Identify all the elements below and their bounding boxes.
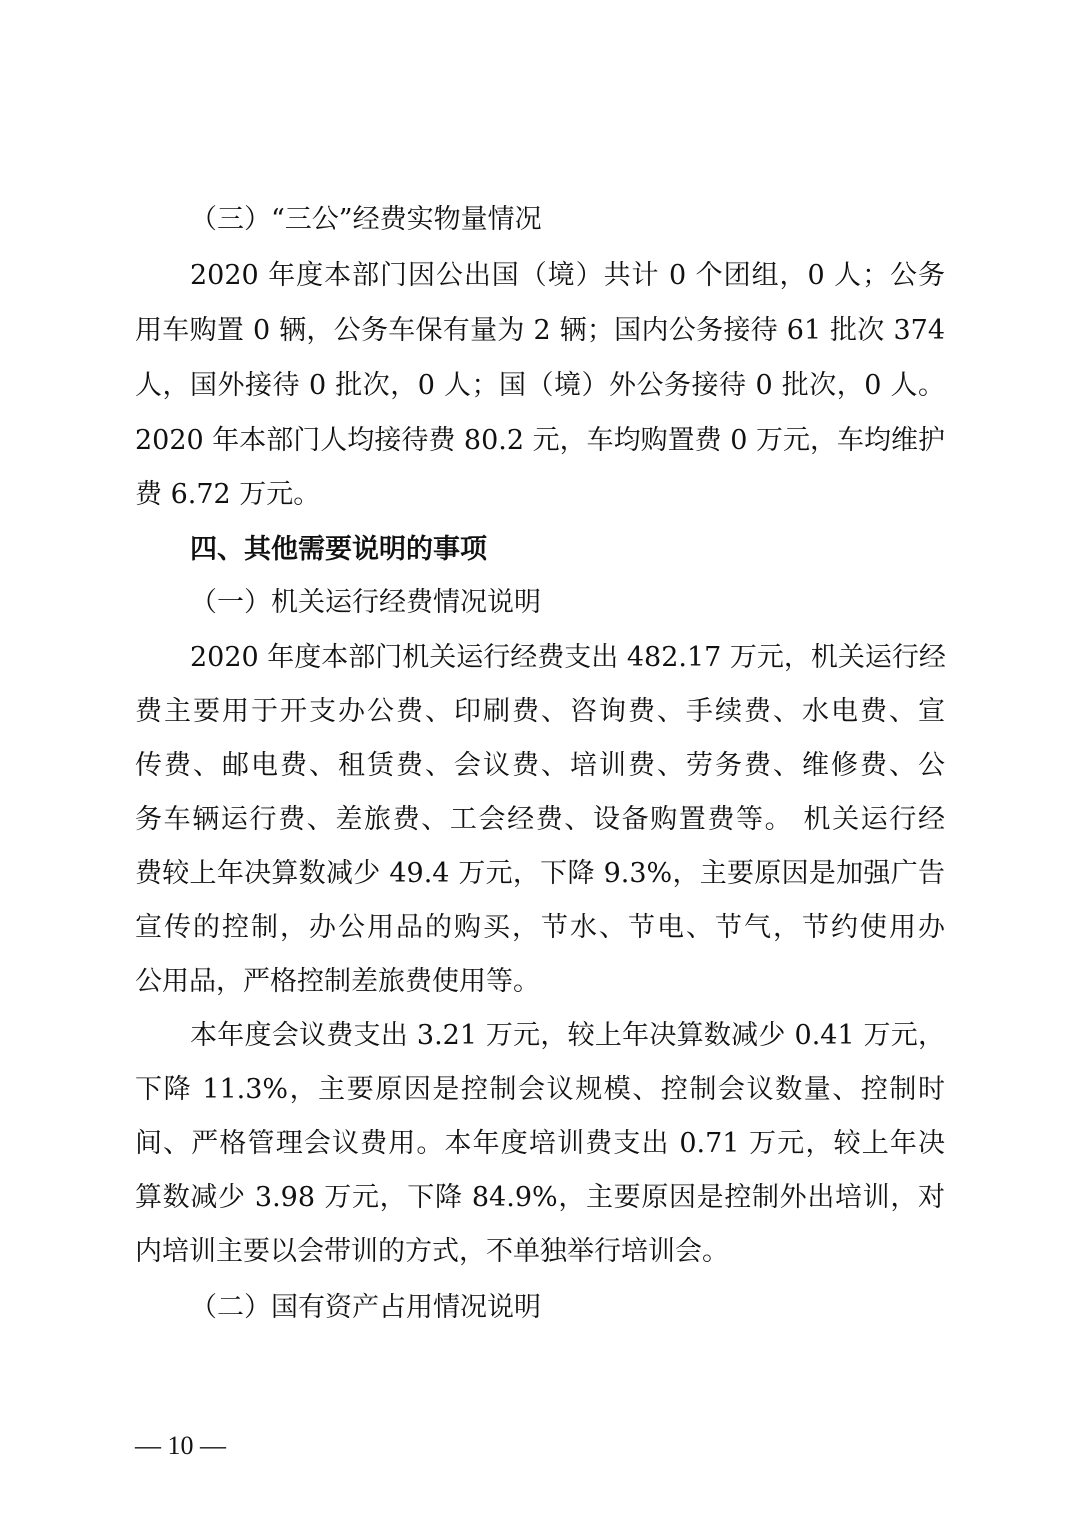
- paragraph-line: 下降 11.3%，主要原因是控制会议规模、控制会议数量、控制时: [135, 1072, 945, 1108]
- paragraph-line: 传费、邮电费、租赁费、会议费、培训费、劳务费、维修费、公: [135, 748, 945, 784]
- paragraph-line: 2020 年度本部门因公出国（境）共计 0 个团组，0 人；公务: [190, 258, 945, 294]
- page-number: — 10 —: [135, 1430, 226, 1462]
- paragraph-line: 宣传的控制，办公用品的购买，节水、节电、节气，节约使用办: [135, 910, 945, 946]
- subheading-state-assets: （二）国有资产占用情况说明: [190, 1290, 945, 1326]
- paragraph-line: 务车辆运行费、差旅费、工会经费、设备购置费等。 机关运行经: [135, 802, 945, 838]
- paragraph-line: 内培训主要以会带训的方式，不单独举行培训会。: [135, 1234, 945, 1270]
- section-heading-other-matters: 四、其他需要说明的事项: [190, 532, 945, 568]
- document-page: （三）“三公”经费实物量情况 2020 年度本部门因公出国（境）共计 0 个团组…: [0, 0, 1074, 1520]
- paragraph-line: 费 6.72 万元。: [135, 477, 945, 513]
- paragraph-line: 费较上年决算数减少 49.4 万元，下降 9.3%，主要原因是加强广告: [135, 856, 945, 892]
- paragraph-line: 2020 年本部门人均接待费 80.2 元，车均购置费 0 万元，车均维护: [135, 423, 945, 459]
- paragraph-line: 间、严格管理会议费用。本年度培训费支出 0.71 万元，较上年决: [135, 1126, 945, 1162]
- paragraph-line: 人，国外接待 0 批次，0 人；国（境）外公务接待 0 批次，0 人。: [135, 368, 945, 404]
- paragraph-line: 费主要用于开支办公费、印刷费、咨询费、手续费、水电费、宣: [135, 694, 945, 730]
- paragraph-line: 2020 年度本部门机关运行经费支出 482.17 万元，机关运行经: [190, 640, 945, 676]
- subheading-san-gong-quantity: （三）“三公”经费实物量情况: [190, 202, 945, 238]
- subheading-operating-expenses: （一）机关运行经费情况说明: [190, 585, 945, 621]
- paragraph-line: 用车购置 0 辆，公务车保有量为 2 辆；国内公务接待 61 批次 374: [135, 313, 945, 349]
- paragraph-line: 公用品，严格控制差旅费使用等。: [135, 964, 945, 1000]
- paragraph-line: 算数减少 3.98 万元，下降 84.9%，主要原因是控制外出培训，对: [135, 1180, 945, 1216]
- paragraph-line: 本年度会议费支出 3.21 万元，较上年决算数减少 0.41 万元，: [190, 1018, 945, 1054]
